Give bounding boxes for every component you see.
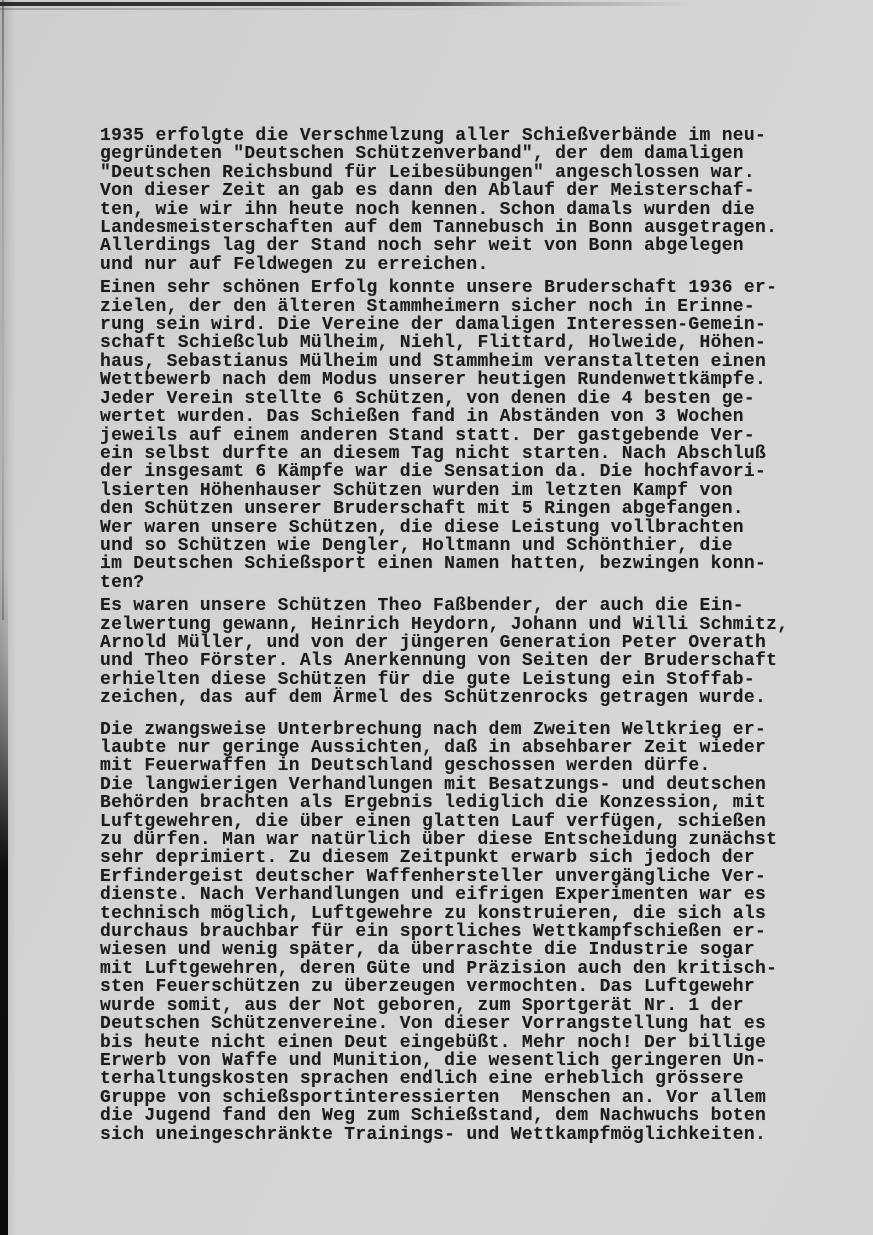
scanned-page: 1935 erfolgte die Verschmelzung aller Sc… xyxy=(0,0,873,1235)
paragraph-1936-success: Einen sehr schönen Erfolg konnte unsere … xyxy=(100,279,830,592)
paragraph-schuetzen-names: Es waren unsere Schützen Theo Faßbender,… xyxy=(100,597,830,707)
scan-artifact-left-bar xyxy=(0,560,8,1235)
scan-artifact-top-edge xyxy=(0,2,700,6)
page-text: 1935 erfolgte die Verschmelzung aller Sc… xyxy=(100,127,830,1144)
paragraph-1935-merger: 1935 erfolgte die Verschmelzung aller Sc… xyxy=(100,127,830,274)
paragraph-postwar-airguns: Die zwangsweise Unterbrechung nach dem Z… xyxy=(100,721,830,1144)
scan-artifact-top-edge-faint xyxy=(0,8,520,10)
